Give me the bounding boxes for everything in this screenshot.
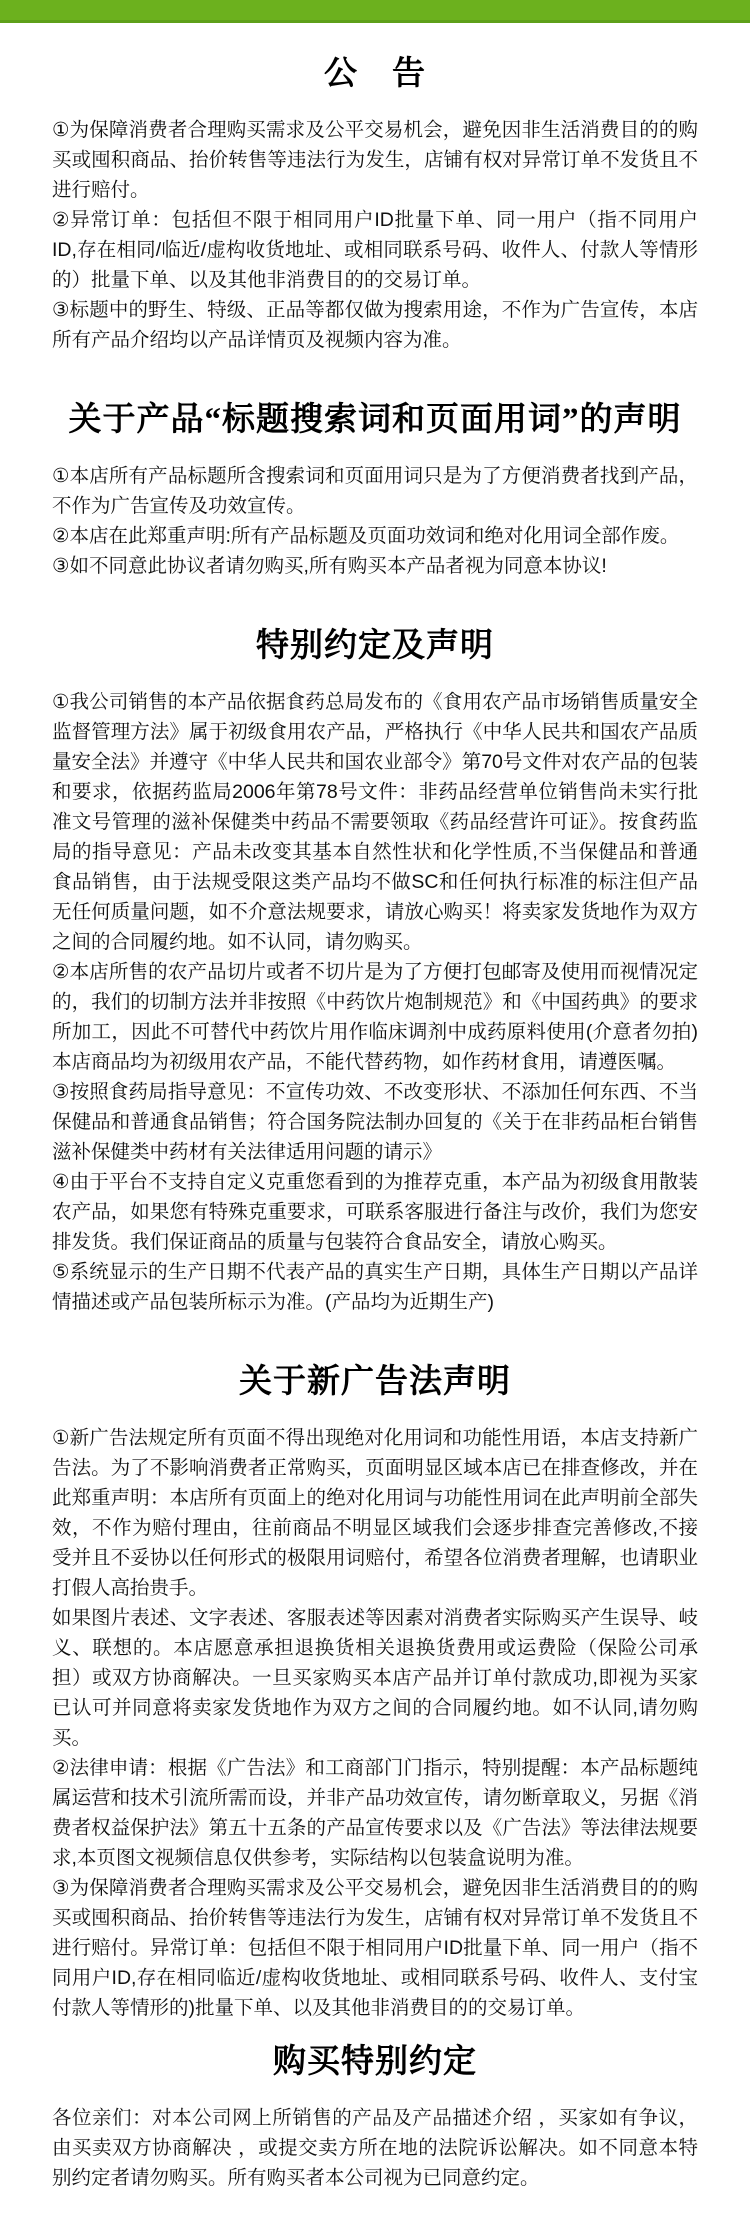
paragraph: ②本店所售的农产品切片或者不切片是为了方便打包邮寄及使用而视情况定的，我们的切制…	[52, 957, 698, 1077]
paragraph: ②本店在此郑重声明:所有产品标题及页面功效词和绝对化用词全部作废。	[52, 521, 698, 551]
paragraph: ②异常订单：包括但不限于相同用户ID批量下单、同一用户（指不同用户ID,存在相同…	[52, 205, 698, 295]
paragraph: ③如不同意此协议者请勿购买,所有购买本产品者视为同意本协议!	[52, 551, 698, 581]
paragraph: ①本店所有产品标题所含搜索词和页面用词只是为了方便消费者找到产品，不作为广告宣传…	[52, 461, 698, 521]
announcement-content: 公 告 ①为保障消费者合理购买需求及公平交易机会，避免因非生活消费目的的购买或囤…	[0, 55, 750, 2213]
paragraph: 各位亲们：对本公司网上所销售的产品及产品描述介绍 ，买家如有争议，由买卖双方协商…	[52, 2103, 698, 2193]
section-notice: 公 告 ①为保障消费者合理购买需求及公平交易机会，避免因非生活消费目的的购买或囤…	[52, 55, 698, 355]
paragraph: ③标题中的野生、特级、正品等都仅做为搜索用途，不作为广告宣传，本店所有产品介绍均…	[52, 295, 698, 355]
paragraph: ①新广告法规定所有页面不得出现绝对化用词和功能性用语，本店支持新广告法。为了不影…	[52, 1423, 698, 1603]
paragraph: ③按照食药局指导意见：不宣传功效、不改变形状、不添加任何东西、不当保健品和普通食…	[52, 1077, 698, 1167]
section-special-agreement-title: 特别约定及声明	[52, 627, 698, 665]
paragraph: ④由于平台不支持自定义克重您看到的为推荐克重，本产品为初级食用散装农产品，如果您…	[52, 1167, 698, 1257]
section-special-agreement: 特别约定及声明 ①我公司销售的本产品依据食药总局发布的《食用农产品市场销售质量安…	[52, 627, 698, 1317]
section-ad-law: 关于新广告法声明 ①新广告法规定所有页面不得出现绝对化用词和功能性用语，本店支持…	[52, 1363, 698, 2023]
section-ad-law-title: 关于新广告法声明	[52, 1363, 698, 1401]
top-green-bar	[0, 0, 750, 23]
paragraph: ⑤系统显示的生产日期不代表产品的真实生产日期，具体生产日期以产品详情描述或产品包…	[52, 1257, 698, 1317]
section-notice-title: 公 告	[52, 55, 698, 93]
section-purchase-agreement: 购买特别约定 各位亲们：对本公司网上所销售的产品及产品描述介绍 ，买家如有争议，…	[52, 2043, 698, 2193]
paragraph: ①为保障消费者合理购买需求及公平交易机会，避免因非生活消费目的的购买或囤积商品、…	[52, 115, 698, 205]
section-title-search-words-title: 关于产品“标题搜索词和页面用词”的声明	[52, 401, 698, 439]
announcement-page: 公 告 ①为保障消费者合理购买需求及公平交易机会，避免因非生活消费目的的购买或囤…	[0, 0, 750, 2225]
paragraph: ①我公司销售的本产品依据食药总局发布的《食用农产品市场销售质量安全监督管理方法》…	[52, 687, 698, 957]
paragraph: 如果图片表述、文字表述、客服表述等因素对消费者实际购买产生误导、岐义、联想的。本…	[52, 1603, 698, 1753]
section-title-search-words: 关于产品“标题搜索词和页面用词”的声明 ①本店所有产品标题所含搜索词和页面用词只…	[52, 401, 698, 581]
paragraph: ③为保障消费者合理购买需求及公平交易机会，避免因非生活消费目的的购买或囤积商品、…	[52, 1873, 698, 2023]
section-purchase-agreement-title: 购买特别约定	[52, 2043, 698, 2081]
paragraph: ②法律申请：根据《广告法》和工商部门门指示，特别提醒：本产品标题纯属运营和技术引…	[52, 1753, 698, 1873]
